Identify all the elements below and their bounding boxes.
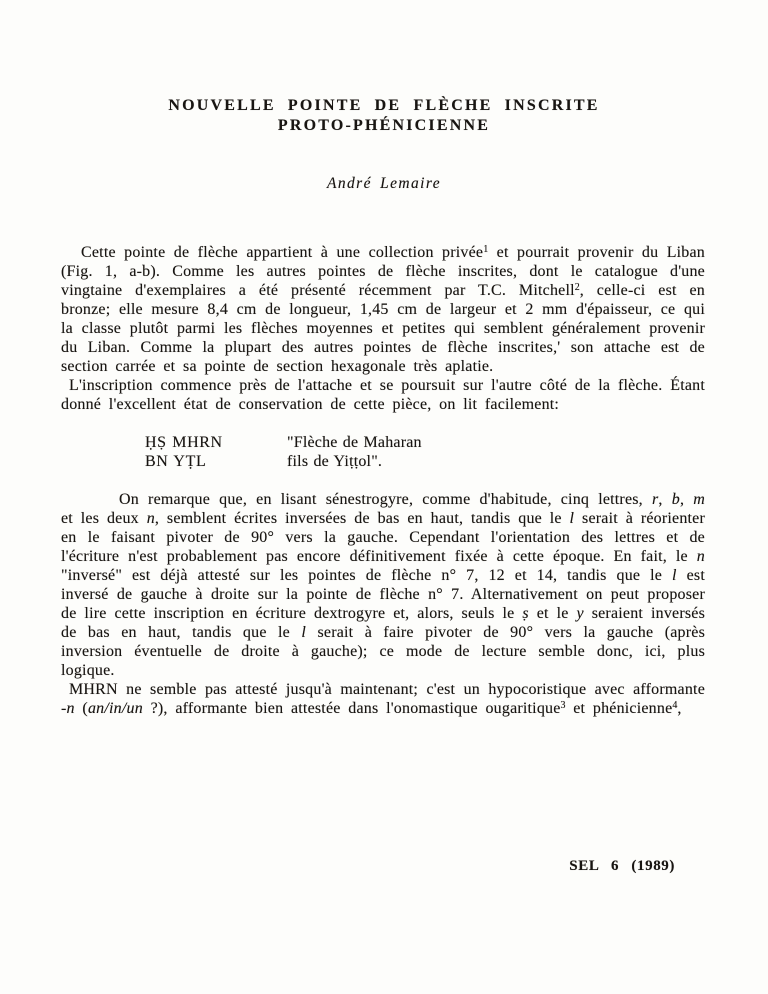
text-run: et les deux (61, 510, 147, 527)
text-run: , (680, 491, 693, 508)
inscription-translation: "Flèche de Maharan (287, 434, 422, 451)
text-run: an/in/un (88, 700, 143, 717)
journal-citation: SEL 6 (1989) (569, 858, 675, 875)
inscription-block: ḤṢ MHRN"Flèche de MaharanBN YṬLfils de Y… (145, 433, 705, 471)
author-name: André Lemaire (0, 175, 768, 193)
inscription-translation: fils de Yiṭṭol". (287, 453, 382, 470)
inscription-row: BN YṬLfils de Yiṭṭol". (145, 452, 705, 471)
text-run: n (697, 548, 705, 565)
text-run: b (672, 491, 680, 508)
text-run: , (677, 700, 681, 717)
article-body: Cette pointe de flèche appartient à une … (61, 243, 705, 718)
title-line-1: NOUVELLE POINTE DE FLÈCHE INSCRITE (168, 97, 599, 114)
text-run: et le (529, 605, 577, 622)
paragraph-inscription-intro: L'inscription commence près de l'attache… (61, 376, 705, 414)
text-run: n (147, 510, 155, 527)
article-title: NOUVELLE POINTE DE FLÈCHE INSCRITE PROTO… (0, 96, 768, 136)
inscription-transliteration: ḤṢ MHRN (145, 433, 287, 452)
text-run: , semblent écrites inversées de bas en h… (155, 510, 570, 527)
document-page: NOUVELLE POINTE DE FLÈCHE INSCRITE PROTO… (0, 0, 768, 994)
text-run: On remarque que, en lisant sénestrogyre,… (119, 491, 652, 508)
text-run: y (576, 605, 583, 622)
inscription-row: ḤṢ MHRN"Flèche de Maharan (145, 433, 705, 452)
text-run: n (67, 700, 75, 717)
text-run: , (658, 491, 671, 508)
text-run: Cette pointe de flèche appartient à une … (81, 244, 483, 261)
paragraph-discussion: On remarque que, en lisant sénestrogyre,… (61, 490, 705, 680)
text-run: L'inscription commence près de l'attache… (61, 377, 705, 413)
inscription-transliteration: BN YṬL (145, 452, 287, 471)
text-run: m (693, 491, 705, 508)
text-run: ( (75, 700, 88, 717)
paragraph-mhrn: MHRN ne semble pas attesté jusqu'à maint… (61, 680, 705, 718)
text-run: et phénicienne (566, 700, 673, 717)
title-line-2: PROTO-PHÉNICIENNE (278, 117, 490, 134)
text-run: "inversé" est déjà attesté sur les point… (61, 567, 672, 584)
text-run: ?), afformante bien attestée dans l'onom… (143, 700, 561, 717)
paragraph-intro: Cette pointe de flèche appartient à une … (61, 243, 705, 376)
